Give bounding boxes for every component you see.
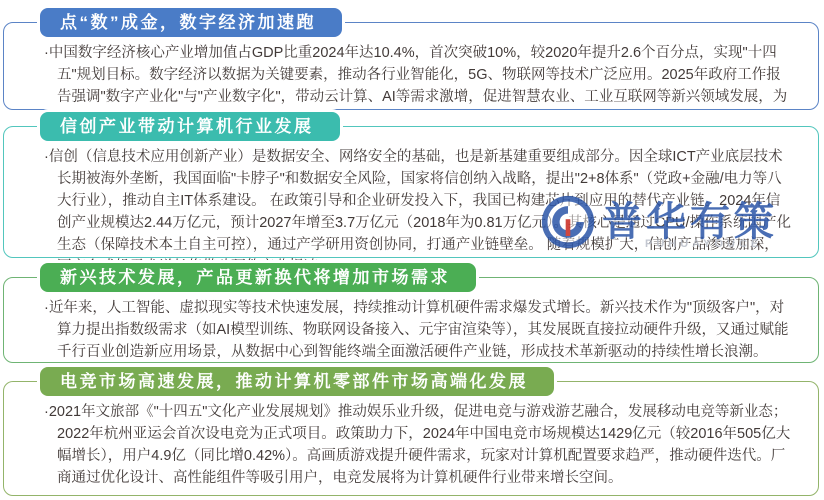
section-header-pill: 电竞市场高速发展，推动计算机零部件市场高端化发展 bbox=[40, 367, 554, 396]
body-paragraph: ·2021年文旅部《"十四五"文化产业发展规划》推动娱乐业升级，促进电竞与游戏游… bbox=[44, 401, 792, 489]
section-title: 新兴技术发展，产品更新换代将增加市场需求 bbox=[60, 268, 450, 287]
section-header-pill: 新兴技术发展，产品更新换代将增加市场需求 bbox=[40, 263, 476, 292]
section-new-technology: 新兴技术发展，产品更新换代将增加市场需求 ·近年来，人工智能、虚拟现实等技术快速… bbox=[3, 277, 819, 363]
section-header-pill: 点“数”成金，数字经济加速跑 bbox=[40, 8, 342, 37]
infographic-canvas: 点“数”成金，数字经济加速跑 ·中国数字经济核心产业增加值占GDP比重2024年… bbox=[0, 0, 824, 500]
section-esports-market: 电竞市场高速发展，推动计算机零部件市场高端化发展 ·2021年文旅部《"十四五"… bbox=[3, 381, 819, 496]
section-title: 电竞市场高速发展，推动计算机零部件市场高端化发展 bbox=[60, 372, 528, 391]
section-title: 点“数”成金，数字经济加速跑 bbox=[60, 13, 316, 32]
section-body: ·2021年文旅部《"十四五"文化产业发展规划》推动娱乐业升级，促进电竞与游戏游… bbox=[4, 382, 818, 489]
section-title: 信创产业带动计算机行业发展 bbox=[60, 117, 314, 136]
section-body: ·信创（信息技术应用创新产业）是数据安全、网络安全的基础，也是新基建重要组成部分… bbox=[4, 127, 818, 278]
section-header-pill: 信创产业带动计算机行业发展 bbox=[40, 112, 340, 141]
body-paragraph: ·近年来，人工智能、虚拟现实等技术快速发展，持续推动计算机硬件需求爆发式增长。新… bbox=[44, 297, 792, 363]
section-xinchuang-industry: 信创产业带动计算机行业发展 ·信创（信息技术应用创新产业）是数据安全、网络安全的… bbox=[3, 126, 819, 258]
section-digital-economy: 点“数”成金，数字经济加速跑 ·中国数字经济核心产业增加值占GDP比重2024年… bbox=[3, 22, 819, 110]
body-paragraph: ·信创（信息技术应用创新产业）是数据安全、网络安全的基础，也是新基建重要组成部分… bbox=[44, 146, 792, 278]
